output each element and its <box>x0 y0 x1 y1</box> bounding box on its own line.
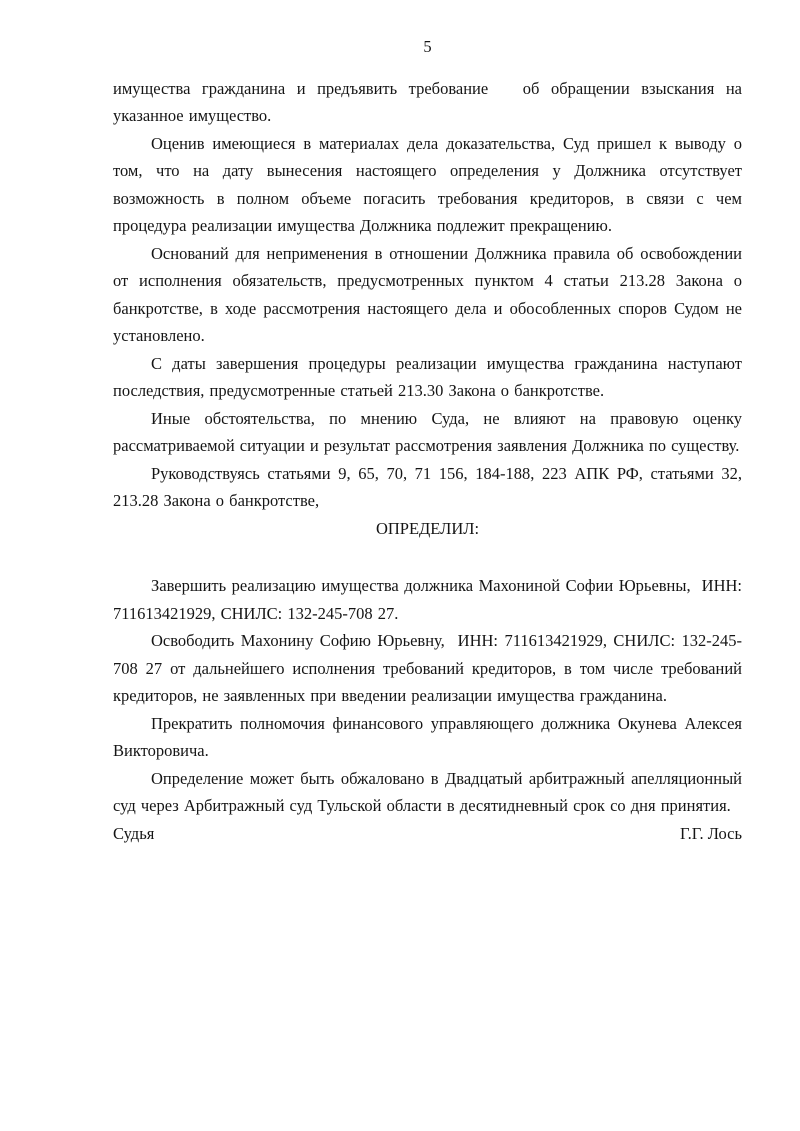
ruling-heading: ОПРЕДЕЛИЛ: <box>113 515 742 543</box>
signature-name: Г.Г. Лось <box>680 820 742 848</box>
body-paragraph-continuation: имущества гражданина и предъявить требов… <box>113 75 742 130</box>
body-paragraph-other-circumstances: Иные обстоятельства, по мнению Суда, не … <box>113 405 742 460</box>
ruling-paragraph-complete-realization: Завершить реализацию имущества должника … <box>113 572 742 627</box>
ruling-paragraph-terminate-manager: Прекратить полномочия финансового управл… <box>113 710 742 765</box>
body-paragraph-no-grounds: Оснований для неприменения в отношении Д… <box>113 240 742 350</box>
signature-role: Судья <box>113 820 154 848</box>
body-paragraph-court-conclusion: Оценив имеющиеся в материалах дела доказ… <box>113 130 742 240</box>
court-ruling-page: 5 имущества гражданина и предъявить треб… <box>0 0 800 1131</box>
ruling-paragraph-appeal-procedure: Определение может быть обжаловано в Двад… <box>113 765 742 820</box>
body-paragraph-guided-by-articles: Руководствуясь статьями 9, 65, 70, 71 15… <box>113 460 742 515</box>
ruling-paragraph-release-debtor: Освободить Махонину Софию Юрьевну, ИНН: … <box>113 627 742 710</box>
body-paragraph-consequences: С даты завершения процедуры реализации и… <box>113 350 742 405</box>
signature-row: Судья Г.Г. Лось <box>113 820 742 848</box>
page-number: 5 <box>113 33 742 61</box>
